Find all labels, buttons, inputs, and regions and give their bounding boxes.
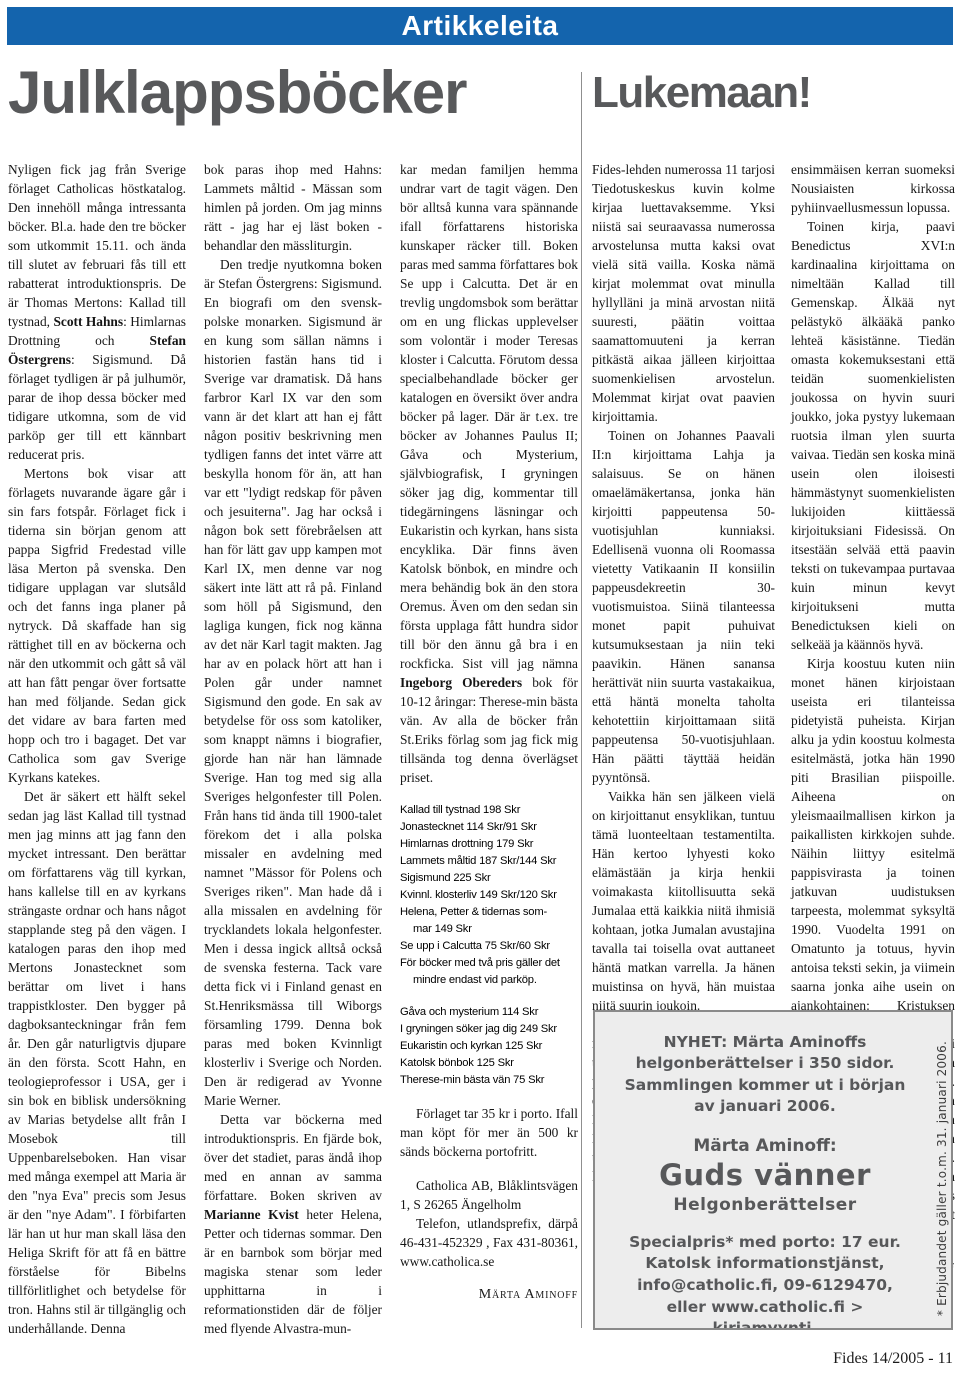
article-column-3: kar medan familjen hemma undrar vart de … <box>400 160 578 1338</box>
ad-book-title: Guds vänner <box>615 1158 915 1192</box>
paragraph: Mertons bok visar att förlagets nuvarand… <box>8 464 186 787</box>
paragraph: Catholica AB, Blåklintsvägen 1, S 26265 … <box>400 1176 578 1214</box>
left-article-title: Julklappsböcker <box>8 58 467 127</box>
paragraph: Vaikka hän sen jälkeen vielä on kirjoitt… <box>592 787 775 1015</box>
text-run: Kirja koostuu kuten niin monet hänen kir… <box>791 656 955 1032</box>
text-run: Catholica AB, Blåklintsvägen 1, S 26265 … <box>400 1178 578 1212</box>
ad-subtitle: Helgonberättelser <box>615 1195 915 1215</box>
text-run: Toinen kirja, paavi Benedictus XVI:n kar… <box>791 219 955 652</box>
article-column-1: Nyligen fick jag från Sverige förlaget C… <box>8 160 186 1338</box>
paragraph: Den tredje nyutkomna boken är Stefan Öst… <box>204 255 382 1110</box>
spacer <box>400 1161 578 1176</box>
paragraph: Det är säkert ett hälft sekel sedan jag … <box>8 787 186 1338</box>
advertisement-box: NYHET: Märta Aminoffs helgonberättelser … <box>593 1010 953 1330</box>
price-line: Helena, Petter & tidernas som- <box>400 904 578 921</box>
text-run: Ingeborg Obereders <box>400 675 522 690</box>
paragraph: kar medan familjen hemma undrar vart de … <box>400 160 578 787</box>
text-run: Förlaget tar 35 kr i porto. Ifall man kö… <box>400 1106 578 1159</box>
magazine-page: Artikkeleita Julklappsböcker Lukemaan! N… <box>0 0 960 1374</box>
text-run: : Sigismund. Då förlaget tydligen är på … <box>8 352 186 462</box>
text-run: kar medan familjen hemma undrar vart de … <box>400 162 578 671</box>
ad-headline: NYHET: Märta Aminoffs helgonberättelser … <box>615 1032 915 1118</box>
paragraph: Toinen on Johannes Paavali II:n kirjoitt… <box>592 426 775 787</box>
price-line: mindre endast vid parköp. <box>400 972 578 989</box>
paragraph: ensimmäisen kerran suomeksi Nousiaisten … <box>791 160 955 217</box>
text-run: Scott Hahns <box>53 314 123 329</box>
ad-offer-text: Specialpris* med porto: 17 eur. Katolsk … <box>615 1232 915 1331</box>
text-run: bok för 10-12 åringar: Therese-min bästa… <box>400 675 578 785</box>
text-run: Marianne Kvist <box>204 1207 299 1222</box>
right-article-title: Lukemaan! <box>592 68 811 118</box>
price-line: Katolsk bönbok 125 Skr <box>400 1055 578 1072</box>
text-run: heter Helena, Petter och tidernas sommar… <box>204 1207 382 1336</box>
text-run: Detta var böckerna med introduktionspris… <box>204 1112 382 1203</box>
price-list: Gåva och mysterium 114 SkrI gryningen sö… <box>400 1004 578 1089</box>
article-column-2: bok paras ihop med Hahns: Lammets måltid… <box>204 160 382 1338</box>
price-line: Jonastecknet 114 Skr/91 Skr <box>400 819 578 836</box>
section-title: Artikkeleita <box>402 10 559 42</box>
price-line: Lammets måltid 187 Skr/144 Skr <box>400 853 578 870</box>
column-divider <box>581 72 582 1328</box>
text-run: Nyligen fick jag från Sverige förlaget C… <box>8 162 186 329</box>
price-line: Himlarnas drottning 179 Skr <box>400 836 578 853</box>
price-line: Eukaristin och kyrkan 125 Skr <box>400 1038 578 1055</box>
text-run: Fides-lehden numerossa 11 tarjosi Tiedot… <box>592 162 775 424</box>
price-line: Gåva och mysterium 114 Skr <box>400 1004 578 1021</box>
section-header-bar: Artikkeleita <box>7 7 953 45</box>
text-run: ensimmäisen kerran suomeksi Nousiaisten … <box>791 162 955 215</box>
paragraph: Förlaget tar 35 kr i porto. Ifall man kö… <box>400 1104 578 1161</box>
text-run: Vaikka hän sen jälkeen vielä on kirjoitt… <box>592 789 775 1013</box>
price-line: Kvinnl. klosterliv 149 Skr/120 Skr <box>400 887 578 904</box>
paragraph: bok paras ihop med Hahns: Lammets måltid… <box>204 160 382 255</box>
price-line: För böcker med två pris gäller det <box>400 955 578 972</box>
price-line: Se upp i Calcutta 75 Skr/60 Skr <box>400 938 578 955</box>
text-run: Toinen on Johannes Paavali II:n kirjoitt… <box>592 428 775 785</box>
paragraph: Telefon, utlandsprefix, därpå 46-431-452… <box>400 1214 578 1271</box>
text-run: Telefon, utlandsprefix, därpå 46-431-452… <box>400 1216 578 1269</box>
ad-author: Märta Aminoff: <box>615 1136 915 1156</box>
text-run: Det är säkert ett hälft sekel sedan jag … <box>8 789 186 1336</box>
price-line: mar 149 Skr <box>400 921 578 938</box>
ad-footnote-vertical: * Erbjudandet gäller t.o.m. 31. januari … <box>935 1041 949 1316</box>
price-line: Sigismund 225 Skr <box>400 870 578 887</box>
left-article-columns: Nyligen fick jag från Sverige förlaget C… <box>8 160 578 1338</box>
paragraph: Detta var böckerna med introduktionspris… <box>204 1110 382 1338</box>
price-list: Kallad till tystnad 198 SkrJonastecknet … <box>400 802 578 989</box>
spacer <box>400 989 578 1004</box>
text-run: bok paras ihop med Hahns: Lammets måltid… <box>204 162 382 253</box>
paragraph: Nyligen fick jag från Sverige förlaget C… <box>8 160 186 464</box>
paragraph: Fides-lehden numerossa 11 tarjosi Tiedot… <box>592 160 775 426</box>
author-signature: Märta Aminoff <box>400 1287 578 1303</box>
paragraph: Toinen kirja, paavi Benedictus XVI:n kar… <box>791 217 955 654</box>
spacer <box>400 787 578 802</box>
spacer <box>400 1089 578 1104</box>
price-line: I gryningen söker jag dig 249 Skr <box>400 1021 578 1038</box>
paragraph: Kirja koostuu kuten niin monet hänen kir… <box>791 654 955 1034</box>
price-line: Kallad till tystnad 198 Skr <box>400 802 578 819</box>
text-run: Den tredje nyutkomna boken är Stefan Öst… <box>204 257 382 1108</box>
price-line: Therese-min bästa vän 75 Skr <box>400 1072 578 1089</box>
text-run: Mertons bok visar att förlagets nuvarand… <box>8 466 186 785</box>
page-footer: Fides 14/2005 - 11 <box>0 1350 953 1368</box>
